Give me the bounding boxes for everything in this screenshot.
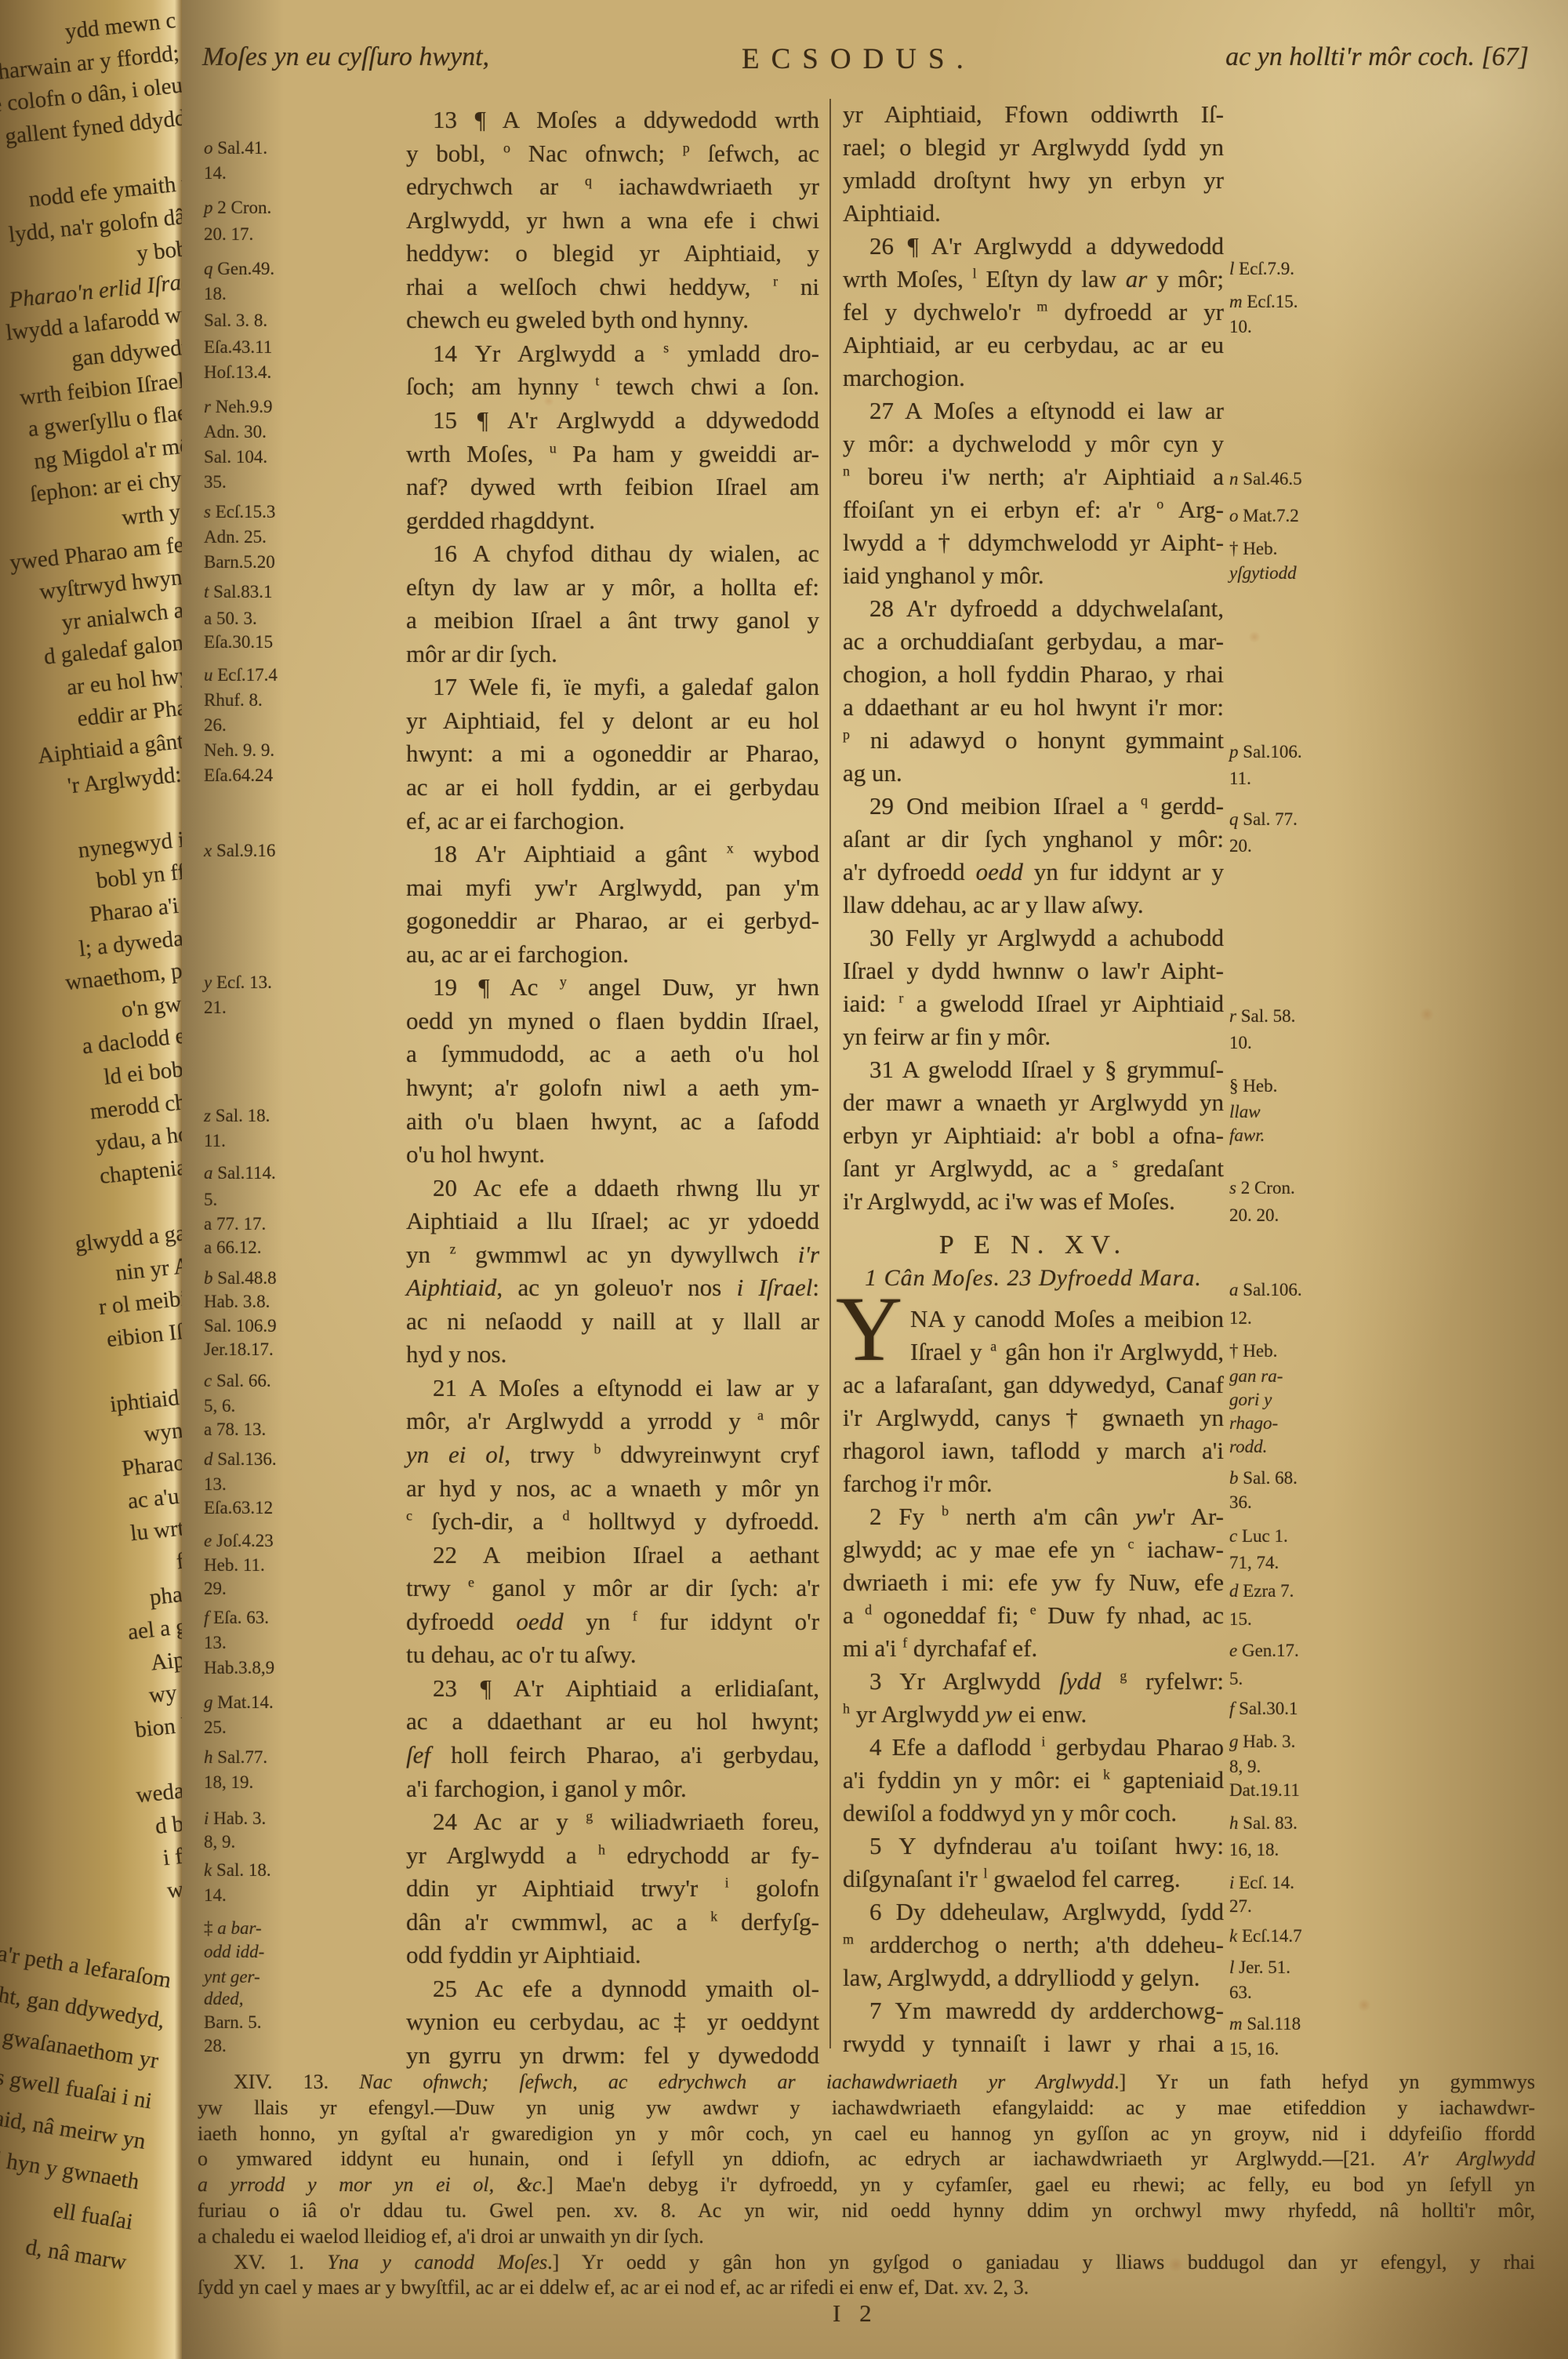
text-line: ſydd yn cael y maes ar y bwyſtfil, ac ar… bbox=[198, 2276, 1535, 2299]
previous-page-text-fragments-bottom: dyma'r peth a lefaraſomyr Aipht, gan ddy… bbox=[0, 1921, 174, 2283]
signature-mark: I 2 bbox=[833, 2299, 878, 2328]
text-line: a chaledu ei waelod lleidiog ef, a'i dro… bbox=[198, 2225, 1535, 2248]
previous-page-text-fragments: ydd mewn c'w harwain ar y ffordd;e colof… bbox=[0, 5, 182, 1945]
previous-page-edge: ydd mewn c'w harwain ar y ffordd;e colof… bbox=[0, 0, 182, 2359]
book-page-scan: ydd mewn c'w harwain ar y ffordd;e colof… bbox=[0, 0, 1568, 2359]
footnotes-block: XIV. 13. Nac ofnwch; ſefwch, ac edrychwc… bbox=[198, 0, 1535, 2359]
